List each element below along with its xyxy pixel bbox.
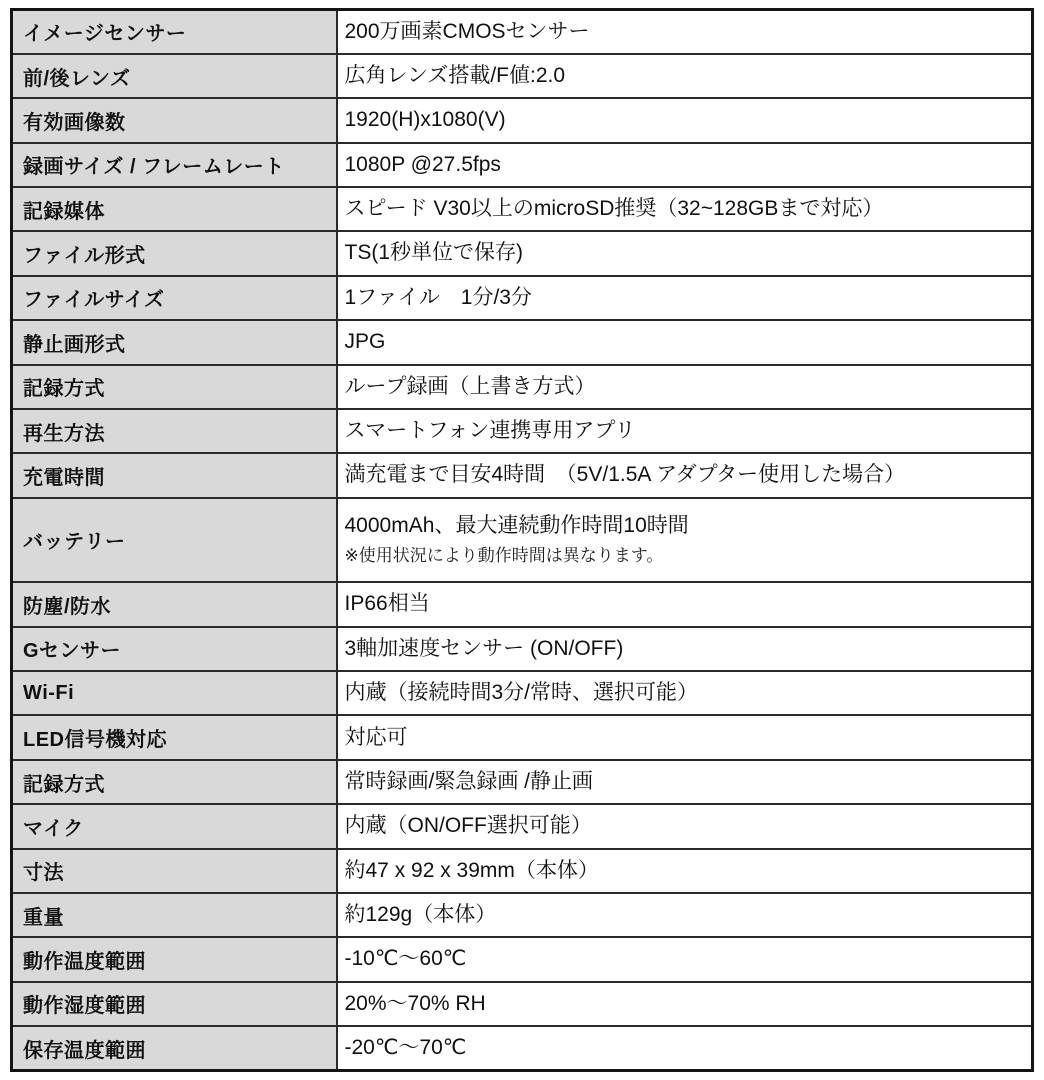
spec-label-cell: マイク [12, 804, 337, 848]
spec-value-text: IP66相当 [345, 591, 1026, 617]
spec-value-cell: 200万画素CMOSセンサー [337, 10, 1033, 54]
spec-value-text: 約47 x 92 x 39mm（本体） [345, 858, 1026, 884]
table-row: バッテリー4000mAh、最大連続動作時間10時間※使用状況により動作時間は異な… [12, 498, 1033, 583]
spec-value-cell: -20℃～70℃ [337, 1026, 1033, 1070]
spec-value-cell: 3軸加速度センサー (ON/OFF) [337, 627, 1033, 671]
spec-value-cell: 内蔵（ON/OFF選択可能） [337, 804, 1033, 848]
table-row: 記録方式常時録画/緊急録画 /静止画 [12, 760, 1033, 804]
spec-label-cell: 録画サイズ / フレームレート [12, 143, 337, 187]
spec-label-cell: 有効画像数 [12, 98, 337, 142]
spec-value-cell: 1920(H)x1080(V) [337, 98, 1033, 142]
spec-table-body: イメージセンサー200万画素CMOSセンサー前/後レンズ広角レンズ搭載/F値:2… [12, 10, 1033, 1071]
spec-label-cell: 保存温度範囲 [12, 1026, 337, 1070]
spec-value-cell: スピード V30以上のmicroSD推奨（32~128GBまで対応） [337, 187, 1033, 231]
spec-value-text: 1080P @27.5fps [345, 152, 1026, 178]
table-row: 再生方法スマートフォン連携専用アプリ [12, 409, 1033, 453]
table-row: 前/後レンズ広角レンズ搭載/F値:2.0 [12, 54, 1033, 98]
spec-value-text: 3軸加速度センサー (ON/OFF) [345, 636, 1026, 662]
spec-label-cell: ファイルサイズ [12, 276, 337, 320]
spec-value-cell: 常時録画/緊急録画 /静止画 [337, 760, 1033, 804]
spec-value-cell: TS(1秒単位で保存) [337, 231, 1033, 275]
spec-value-text: TS(1秒単位で保存) [345, 240, 1026, 266]
spec-value-text: 20%～70% RH [345, 991, 1026, 1017]
spec-value-text: スピード V30以上のmicroSD推奨（32~128GBまで対応） [345, 196, 1026, 222]
spec-value-text: JPG [345, 329, 1026, 355]
spec-label-cell: Wi-Fi [12, 671, 337, 715]
spec-value-text: 200万画素CMOSセンサー [345, 19, 1026, 45]
spec-value-cell: 20%～70% RH [337, 982, 1033, 1026]
spec-value-text: -20℃～70℃ [345, 1035, 1026, 1061]
spec-value-text: ループ録画（上書き方式） [345, 374, 1026, 400]
table-row: 記録媒体スピード V30以上のmicroSD推奨（32~128GBまで対応） [12, 187, 1033, 231]
table-row: 録画サイズ / フレームレート1080P @27.5fps [12, 143, 1033, 187]
spec-value-cell: 4000mAh、最大連続動作時間10時間※使用状況により動作時間は異なります。 [337, 498, 1033, 583]
spec-value-text: 1ファイル 1分/3分 [345, 285, 1026, 311]
spec-value-cell: JPG [337, 320, 1033, 364]
spec-value-cell: 対応可 [337, 715, 1033, 759]
spec-label-cell: ファイル形式 [12, 231, 337, 275]
table-row: 充電時間満充電まで目安4時間 （5V/1.5A アダプター使用した場合） [12, 453, 1033, 497]
spec-value-text: スマートフォン連携専用アプリ [345, 418, 1026, 444]
spec-value-cell: 広角レンズ搭載/F値:2.0 [337, 54, 1033, 98]
spec-value-cell: 1080P @27.5fps [337, 143, 1033, 187]
spec-value-cell: -10℃～60℃ [337, 937, 1033, 981]
spec-label-cell: 静止画形式 [12, 320, 337, 364]
table-row: ファイル形式TS(1秒単位で保存) [12, 231, 1033, 275]
table-row: 防塵/防水IP66相当 [12, 582, 1033, 626]
spec-label-cell: LED信号機対応 [12, 715, 337, 759]
spec-value-text: 内蔵（接続時間3分/常時、選択可能） [345, 680, 1026, 706]
spec-value-text: 4000mAh、最大連続動作時間10時間 [345, 513, 1026, 539]
table-row: 動作温度範囲-10℃～60℃ [12, 937, 1033, 981]
spec-value-cell: 約47 x 92 x 39mm（本体） [337, 849, 1033, 893]
spec-value-text: 常時録画/緊急録画 /静止画 [345, 769, 1026, 795]
spec-value-cell: 満充電まで目安4時間 （5V/1.5A アダプター使用した場合） [337, 453, 1033, 497]
spec-label-cell: 動作温度範囲 [12, 937, 337, 981]
spec-value-cell: 内蔵（接続時間3分/常時、選択可能） [337, 671, 1033, 715]
spec-label-cell: 記録方式 [12, 760, 337, 804]
spec-value-text: 約129g（本体） [345, 902, 1026, 928]
spec-label-cell: 記録媒体 [12, 187, 337, 231]
spec-label-cell: 防塵/防水 [12, 582, 337, 626]
spec-value-text: 内蔵（ON/OFF選択可能） [345, 813, 1026, 839]
spec-value-cell: 約129g（本体） [337, 893, 1033, 937]
table-row: イメージセンサー200万画素CMOSセンサー [12, 10, 1033, 54]
spec-value-text: -10℃～60℃ [345, 946, 1026, 972]
spec-label-cell: 充電時間 [12, 453, 337, 497]
table-row: LED信号機対応対応可 [12, 715, 1033, 759]
spec-value-text: 広角レンズ搭載/F値:2.0 [345, 63, 1026, 89]
spec-value-note: ※使用状況により動作時間は異なります。 [345, 545, 1026, 567]
spec-label-cell: イメージセンサー [12, 10, 337, 54]
spec-value-cell: ループ録画（上書き方式） [337, 365, 1033, 409]
spec-label-cell: Gセンサー [12, 627, 337, 671]
table-row: Gセンサー3軸加速度センサー (ON/OFF) [12, 627, 1033, 671]
table-row: 有効画像数1920(H)x1080(V) [12, 98, 1033, 142]
table-row: ファイルサイズ1ファイル 1分/3分 [12, 276, 1033, 320]
spec-label-cell: 動作湿度範囲 [12, 982, 337, 1026]
spec-label-cell: 寸法 [12, 849, 337, 893]
table-row: 重量約129g（本体） [12, 893, 1033, 937]
spec-value-text: 1920(H)x1080(V) [345, 107, 1026, 133]
table-row: 動作湿度範囲20%～70% RH [12, 982, 1033, 1026]
spec-sheet-page: イメージセンサー200万画素CMOSセンサー前/後レンズ広角レンズ搭載/F値:2… [0, 0, 1044, 1080]
table-row: 記録方式ループ録画（上書き方式） [12, 365, 1033, 409]
spec-label-cell: バッテリー [12, 498, 337, 583]
table-row: 寸法約47 x 92 x 39mm（本体） [12, 849, 1033, 893]
spec-label-cell: 前/後レンズ [12, 54, 337, 98]
spec-label-cell: 記録方式 [12, 365, 337, 409]
spec-value-text: 対応可 [345, 725, 1026, 751]
table-row: Wi-Fi内蔵（接続時間3分/常時、選択可能） [12, 671, 1033, 715]
spec-value-cell: スマートフォン連携専用アプリ [337, 409, 1033, 453]
spec-value-cell: IP66相当 [337, 582, 1033, 626]
spec-value-cell: 1ファイル 1分/3分 [337, 276, 1033, 320]
table-row: マイク内蔵（ON/OFF選択可能） [12, 804, 1033, 848]
table-row: 静止画形式JPG [12, 320, 1033, 364]
spec-table: イメージセンサー200万画素CMOSセンサー前/後レンズ広角レンズ搭載/F値:2… [10, 8, 1034, 1072]
spec-value-text: 満充電まで目安4時間 （5V/1.5A アダプター使用した場合） [345, 462, 1026, 488]
table-row: 保存温度範囲-20℃～70℃ [12, 1026, 1033, 1070]
spec-label-cell: 重量 [12, 893, 337, 937]
spec-label-cell: 再生方法 [12, 409, 337, 453]
